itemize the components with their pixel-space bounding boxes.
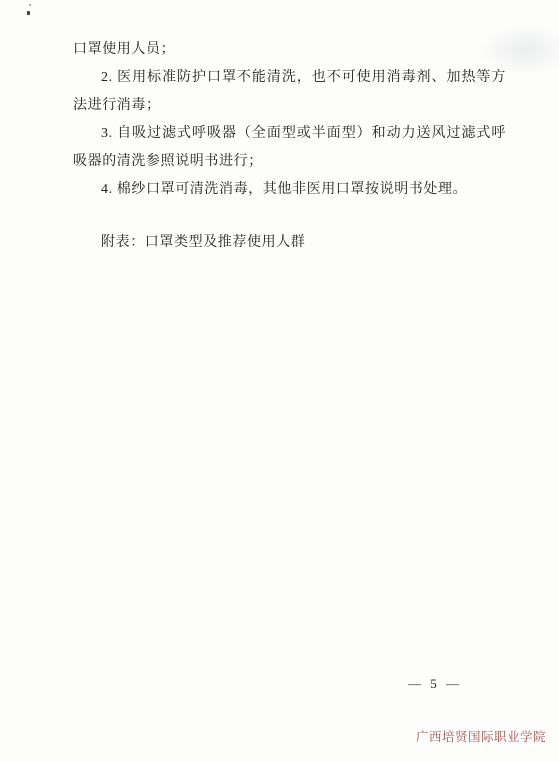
document-page: 口罩使用人员； 2. 医用标准防护口罩不能清洗，也不可使用消毒剂、加热等方法进行… bbox=[0, 0, 559, 762]
attachment-note: 附表：口罩类型及推荐使用人群 bbox=[73, 229, 506, 257]
paragraph-continuation: 口罩使用人员； bbox=[73, 36, 506, 64]
paragraph-item-3: 3. 自吸过滤式呼吸器（全面型或半面型）和动力送风过滤式呼吸器的清洗参照说明书进… bbox=[73, 120, 506, 176]
scan-speck bbox=[27, 11, 30, 15]
school-watermark: 广西培贤国际职业学院 bbox=[416, 727, 546, 745]
document-body: 口罩使用人员； 2. 医用标准防护口罩不能清洗，也不可使用消毒剂、加热等方法进行… bbox=[73, 36, 506, 257]
paragraph-item-4: 4. 棉纱口罩可清洗消毒，其他非医用口罩按说明书处理。 bbox=[73, 176, 506, 204]
paragraph-item-2: 2. 医用标准防护口罩不能清洗，也不可使用消毒剂、加热等方法进行消毒； bbox=[73, 64, 506, 120]
scan-speck bbox=[29, 4, 31, 6]
page-number: — 5 — bbox=[408, 676, 462, 692]
